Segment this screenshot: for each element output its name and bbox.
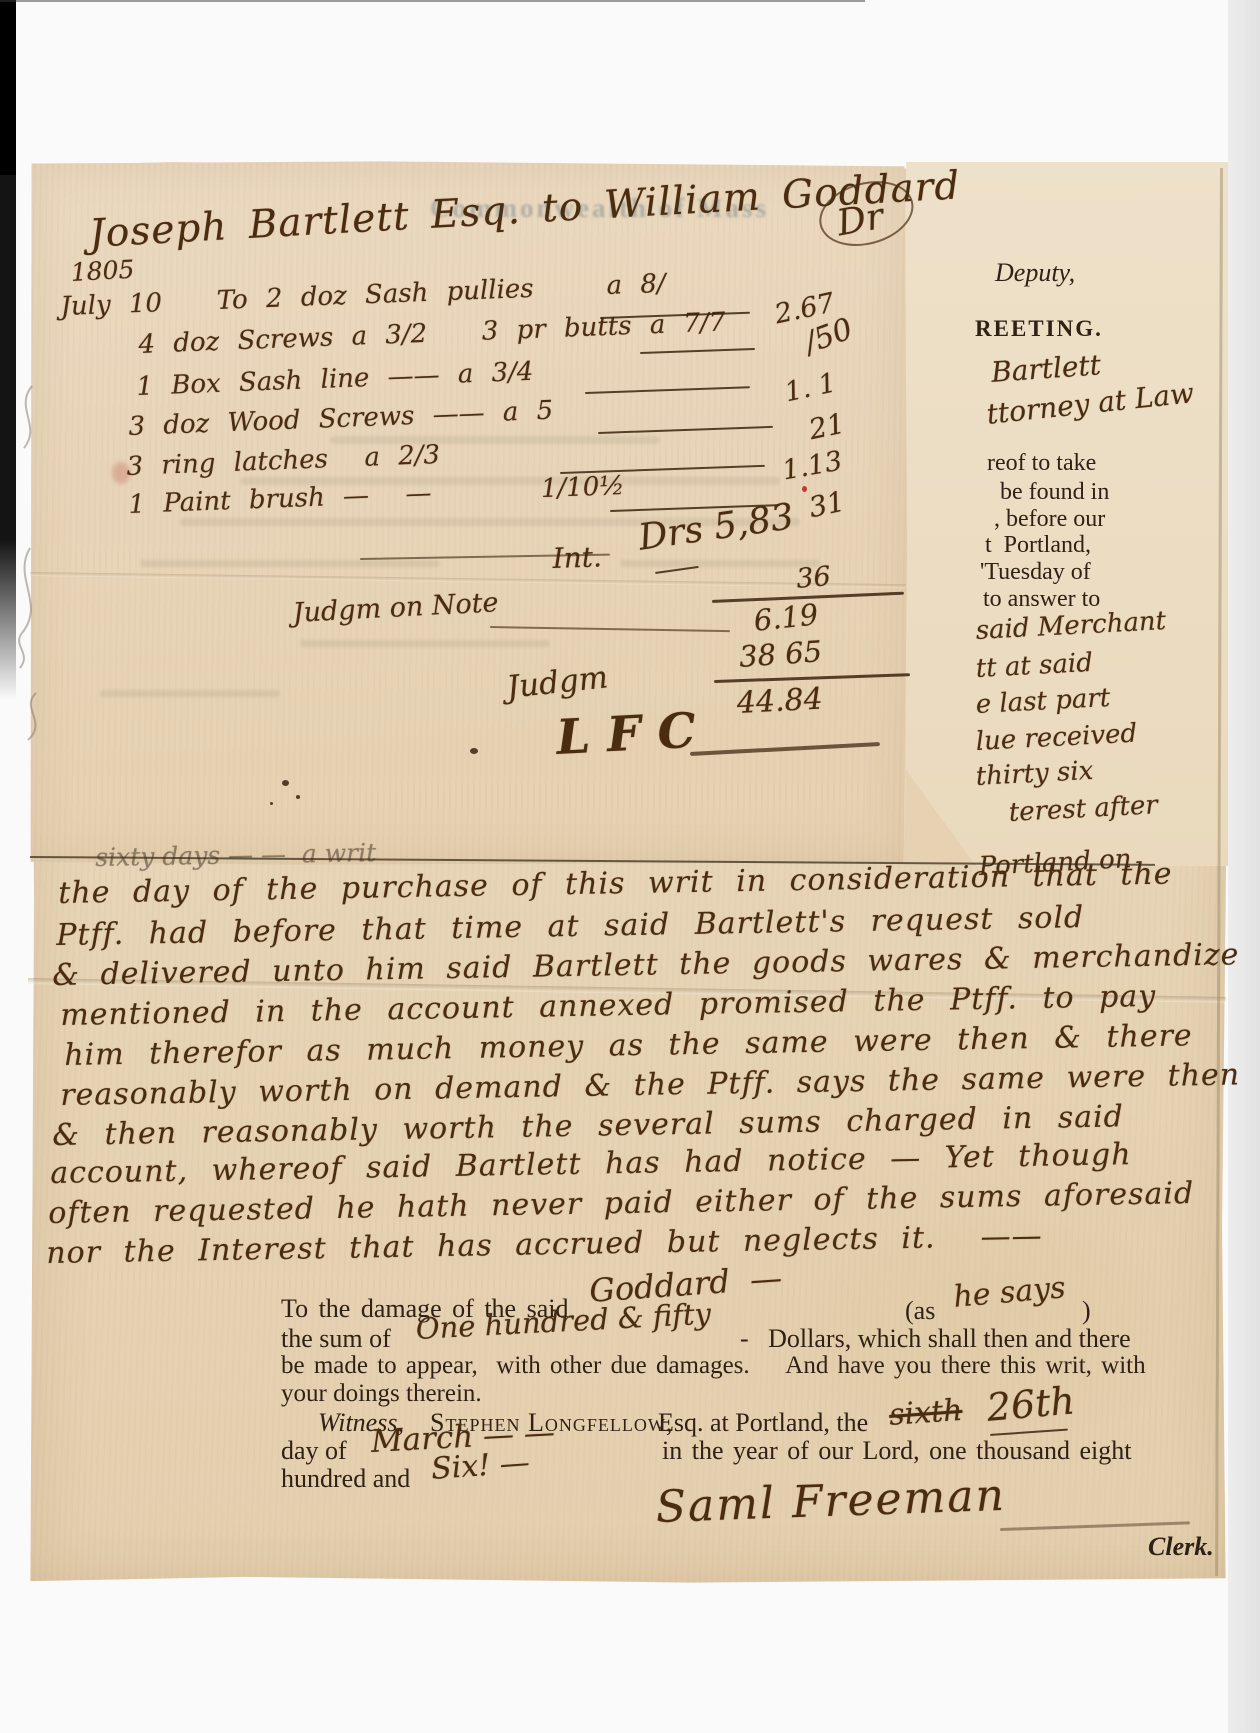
struck-out-line: sixty days — — a writ (95, 838, 376, 872)
writ-line-4: your doings therein. (281, 1380, 482, 1408)
ink-spatter (470, 748, 478, 754)
fragment-handwritten-line: tt at said (975, 648, 1094, 684)
fragment-printed-line: , before our (994, 506, 1105, 533)
fragment-printed-line: be found in (1000, 479, 1109, 506)
note-amount: 38 65 (738, 634, 823, 674)
ink-spatter (296, 795, 300, 799)
paren-open: (as (905, 1296, 935, 1326)
scanned-legal-document: Commonwealth of Mass Joseph Bartlett Esq… (0, 0, 1260, 1733)
day-number-script: 26th (985, 1378, 1077, 1430)
account-year: 1805 (70, 255, 135, 287)
subtotal-amount: 6.19 (752, 597, 820, 638)
clerk-initials-flourish: L F C (555, 703, 697, 766)
fragment-printed-line: t Portland, (985, 532, 1091, 559)
sum-clause-post: - Dollars, which shall then and there (740, 1324, 1131, 1354)
interest-label: Int. (552, 540, 602, 575)
fragment-greeting: REETING. (975, 316, 1103, 342)
account-dr-label: Dr (834, 196, 886, 244)
witness-post: Esq. at Portland, the (658, 1408, 868, 1438)
clerk-label: Clerk. (1148, 1532, 1214, 1562)
year-clause: in the year of our Lord, one thousand ei… (662, 1436, 1132, 1466)
ghost-print-smudge (300, 640, 550, 647)
judgment-total: 44.84 (736, 682, 824, 721)
fragment-printed-line: to answer to (983, 586, 1100, 613)
ghost-print-smudge (620, 560, 820, 567)
interest-amount: 36 (795, 561, 832, 595)
fragment-printed-line: reof to take (987, 450, 1096, 477)
fragment-printed-line: 'Tuesday of (980, 559, 1091, 586)
day-of-label: day of (281, 1436, 347, 1466)
struck-day-script: sixth (888, 1393, 964, 1433)
ink-spatter (282, 780, 289, 786)
fragment-handwritten-line: thirty six (975, 756, 1094, 792)
writ-line-3: be made to appear, with other due damage… (281, 1352, 1146, 1380)
paren-close: ) (1082, 1296, 1091, 1326)
sum-clause-pre: the sum of (281, 1324, 391, 1354)
fragment-deputy: Deputy, (995, 258, 1075, 288)
scanner-right-margin (1228, 0, 1260, 1733)
year-script: Six! — (430, 1445, 531, 1487)
hundred-and-label: hundred and (281, 1464, 410, 1494)
pencil-margin-marks (2, 378, 72, 748)
scanner-top-hairline (0, 0, 865, 2)
ink-spatter (270, 802, 273, 805)
ghost-print-smudge (100, 690, 280, 697)
ghost-print-smudge (140, 560, 440, 567)
